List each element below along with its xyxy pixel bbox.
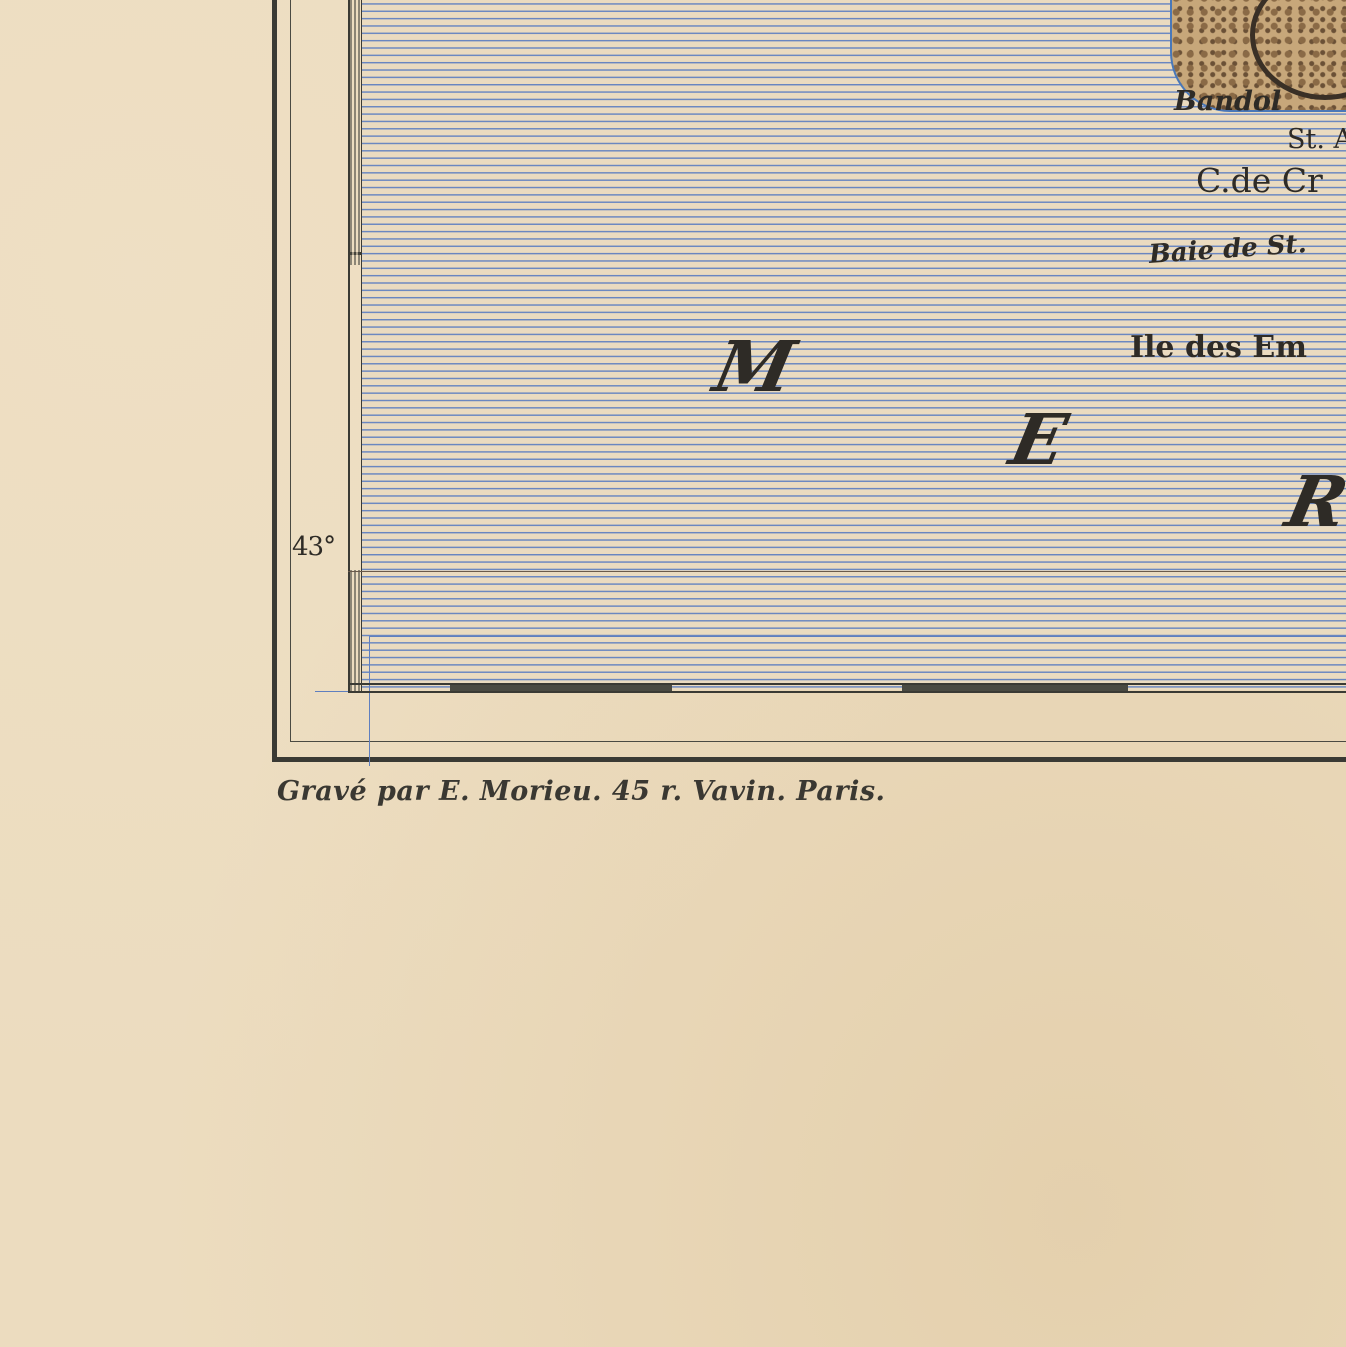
place-label-st-a: St. A: [1287, 124, 1346, 155]
scale-segment: [902, 685, 1128, 691]
place-label-island: Ile des Em: [1130, 330, 1307, 365]
place-label-cape: C.de Cr: [1196, 161, 1323, 200]
graticule-band-shaded-bottom: [350, 570, 360, 692]
engraver-credit: Gravé par E. Morieu. 45 r. Vavin. Paris.: [277, 776, 885, 807]
graticule-band-shaded-top: [350, 0, 360, 265]
place-label-bandol: Bandol: [1174, 86, 1281, 117]
latitude-label: 43°: [292, 532, 335, 562]
blue-guide-horizontal: [369, 636, 1346, 637]
parallel-43-line: [348, 571, 1346, 572]
scale-segment: [450, 685, 672, 691]
blue-guide-vertical: [369, 636, 370, 766]
